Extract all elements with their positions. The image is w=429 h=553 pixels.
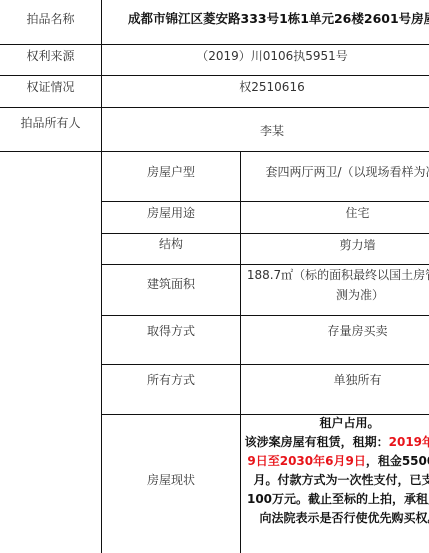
- label-status: 房屋现状: [102, 415, 240, 545]
- label-ownership: 所有方式: [102, 365, 240, 395]
- value-usage: 住宅: [245, 202, 429, 224]
- status-line1: 租户占用。: [242, 414, 429, 433]
- label-item-name: 拍品名称: [0, 0, 101, 38]
- label-rights-source: 权利来源: [0, 45, 101, 67]
- value-ownership: 单独所有: [245, 365, 429, 395]
- column-divider: [240, 151, 241, 553]
- value-area: 188.7㎡（标的面积最终以国土房管部门实测为准）: [245, 264, 429, 306]
- value-owner: 李某: [102, 120, 429, 142]
- label-area: 建筑面积: [102, 265, 240, 303]
- label-usage: 房屋用途: [102, 202, 240, 224]
- value-status: 租户占用。 该涉案房屋有租赁，租期：2019年6月9日至2030年6月9日，租金…: [242, 414, 429, 550]
- label-acquisition: 取得方式: [102, 316, 240, 346]
- value-item-name: 成都市锦江区菱安路333号1栋1单元26楼2601号房屋: [102, 0, 429, 38]
- value-certificate: 权2510616: [102, 76, 429, 98]
- label-owner: 拍品所有人: [0, 112, 101, 134]
- status-lease-prefix: 该涉案房屋有租赁，租期：: [245, 435, 389, 449]
- value-structure: 剪力墙: [245, 234, 429, 256]
- value-rights-source: （2019）川0106执5951号: [102, 45, 429, 67]
- value-acquisition: 存量房买卖: [245, 316, 429, 346]
- label-certificate: 权证情况: [0, 76, 101, 98]
- value-layout: 套四两厅两卫/（以现场看样为准）: [245, 152, 429, 192]
- label-layout: 房屋户型: [102, 152, 240, 192]
- label-structure: 结构: [102, 234, 240, 254]
- row-divider: [0, 107, 429, 108]
- auction-info-table: 拍品名称 成都市锦江区菱安路333号1栋1单元26楼2601号房屋 权利来源 （…: [0, 0, 429, 553]
